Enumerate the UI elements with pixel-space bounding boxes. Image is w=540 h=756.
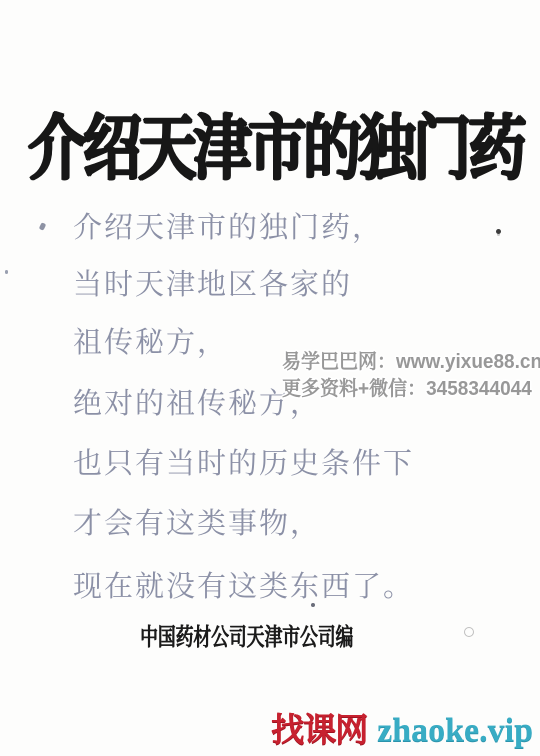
yixue-watermark: 易学巴巴网：www.yixue88.cn 更多资料+微信：3458344044 [282,349,540,403]
watermark-site-line: 易学巴巴网：www.yixue88.cn [282,349,540,376]
scan-speck [39,222,46,230]
body-line: 也只有当时的历史条件下 [73,450,414,479]
publisher-credit: 中国药材公司天津市公司编 [140,623,353,651]
scan-speck [311,603,315,607]
body-line: 才会有这类事物， [73,510,321,539]
scan-speck [5,270,8,274]
scan-speck [496,229,501,234]
page-title: 介绍天津市的独门药 [28,112,523,183]
body-line: 当时天津地区各家的 [73,271,352,300]
scan-speck-ring [464,627,474,637]
zhaoke-watermark: 找课网 zhaoke.vip [271,704,533,751]
zhaoke-site-name: 找课网 [271,704,367,751]
body-line: 祖传秘方， [73,329,228,358]
scanned-page: 介绍天津市的独门药 介绍天津市的独门药， 当时天津地区各家的 祖传秘方， 绝对的… [0,0,540,756]
body-line: 介绍天津市的独门药， [73,214,383,243]
zhaoke-site-domain: zhaoke.vip [377,712,533,750]
watermark-wechat-line: 更多资料+微信：3458344044 [282,376,540,403]
body-line: 现在就没有这类东西了。 [73,573,414,602]
